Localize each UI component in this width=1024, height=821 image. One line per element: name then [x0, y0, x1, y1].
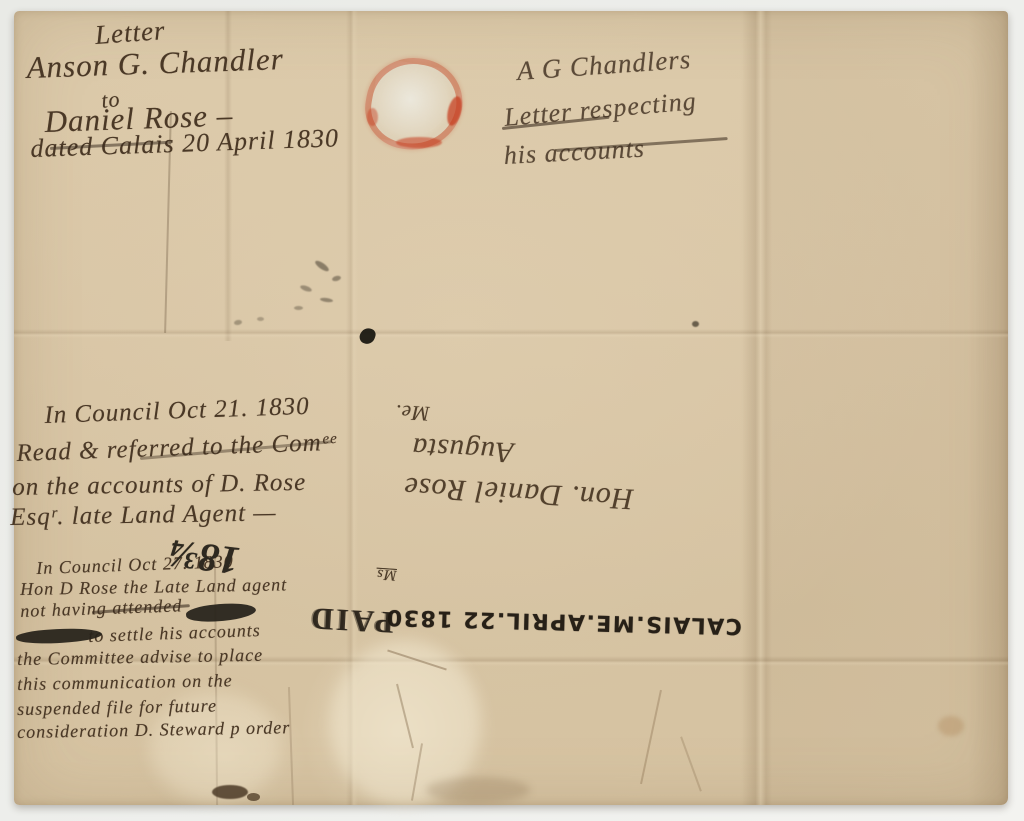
crease-line: [288, 687, 294, 805]
ink-smudge: [300, 284, 313, 293]
wax-seal-stain: [366, 58, 462, 150]
wax-seal-blob: [396, 137, 442, 148]
council-note-line: on the accounts of D. Rose: [12, 469, 306, 502]
stain-spot: [212, 785, 248, 799]
stain-spot: [247, 793, 260, 801]
council-note-line: consideration D. Steward p order: [17, 717, 290, 743]
council-note-line: Read & referred to the Comᵉᵉ: [16, 429, 337, 468]
crack-line: [411, 743, 423, 800]
docket-line: his accounts: [503, 134, 646, 171]
address-line: Hon. Daniel Rose: [327, 466, 634, 516]
crack-line: [396, 684, 414, 749]
crack-line: [680, 736, 702, 791]
address-block: Hon. Daniel Rose Augusta Me.: [327, 372, 645, 516]
ink-smudge: [332, 275, 342, 282]
fold-line-vertical: [742, 11, 772, 805]
paid-stamp: PAID: [299, 594, 395, 641]
council-note-line: the Committee advise to place: [17, 645, 263, 670]
tear-shading: [426, 777, 530, 803]
monogram-mark: Ms: [376, 565, 397, 583]
ink-smudge: [294, 306, 303, 310]
address-line: Augusta: [329, 426, 514, 469]
letter-cover-sheet: Letter Anson G. Chandler to Daniel Rose …: [14, 11, 1008, 805]
docket-line: Anson G. Chandler: [26, 41, 284, 86]
ink-smudge: [234, 319, 243, 325]
council-note-line: Esqʳ. late Land Agent —: [10, 499, 277, 532]
ink-blot: [358, 326, 378, 346]
wax-seal-blob: [367, 108, 378, 126]
ink-speck: [692, 321, 699, 327]
council-note-line: this communication on the: [17, 670, 233, 695]
stain-spot: [938, 716, 964, 736]
photo-background: Letter Anson G. Chandler to Daniel Rose …: [0, 0, 1024, 821]
ink-smudge: [314, 259, 331, 273]
council-note-line: In Council Oct 21. 1830: [44, 393, 310, 430]
crack-line: [640, 690, 662, 784]
council-note-line: suspended file for future: [17, 696, 217, 720]
rate-mark: 18¾: [167, 530, 242, 585]
crack-line: [387, 649, 447, 670]
docket-line: A G Chandlers: [516, 44, 692, 87]
fold-line-horizontal: [14, 329, 1008, 338]
calais-date-stamp: CALAIS.ME.APRIL.22 1830: [406, 596, 743, 639]
worn-patch: [330, 641, 480, 805]
ink-smudge: [320, 297, 333, 303]
council-note-line: to settle his accounts: [88, 620, 261, 647]
ink-smudge: [257, 317, 264, 321]
address-line: Me.: [331, 396, 430, 426]
